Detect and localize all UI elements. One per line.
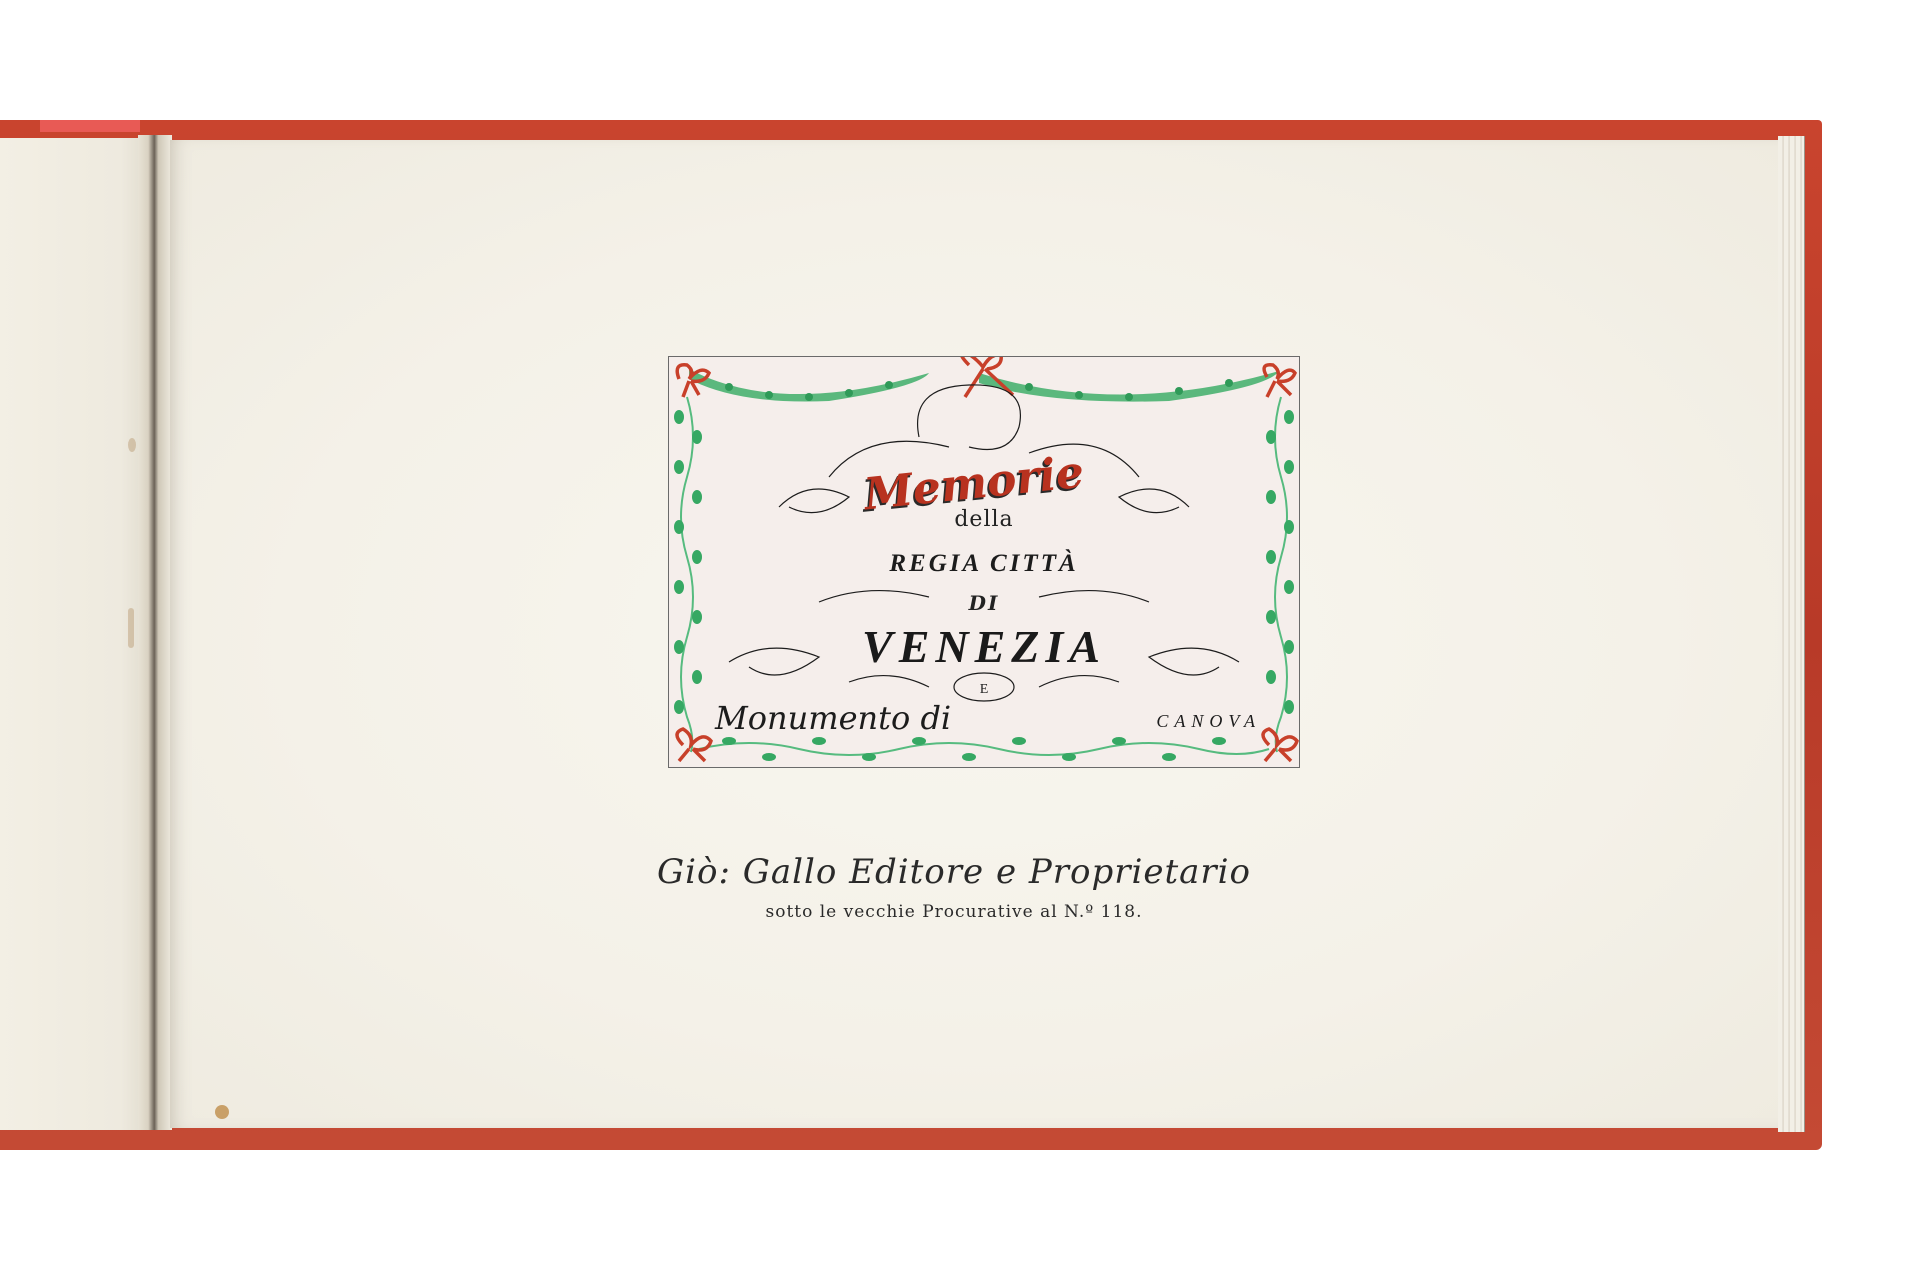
book-spine-gutter: [138, 135, 172, 1130]
cover-worn-patch: [40, 120, 140, 132]
rust-stain: [128, 438, 136, 452]
title-canova: CANOVA: [1156, 711, 1261, 732]
title-venezia: VENEZIA: [669, 620, 1299, 673]
title-e: E: [669, 682, 1299, 698]
paper-spot: [215, 1105, 229, 1119]
page-edges: [1778, 136, 1805, 1132]
title-regia-citta: REGIA CITTÀ: [669, 550, 1299, 578]
imprint-address: sotto le vecchie Procurative al N.º 118.: [0, 902, 1914, 922]
title-monumento-di: Monumento di: [715, 699, 951, 737]
title-della: della: [669, 507, 1299, 532]
title-di: DI: [669, 591, 1299, 615]
title-cartouche: Memorie della REGIA CITTÀ DI VENEZIA E M…: [668, 356, 1300, 768]
rust-stain: [128, 608, 134, 648]
left-page: [0, 138, 142, 1130]
imprint-publisher: Giò: Gallo Editore e Proprietario: [0, 852, 1914, 892]
